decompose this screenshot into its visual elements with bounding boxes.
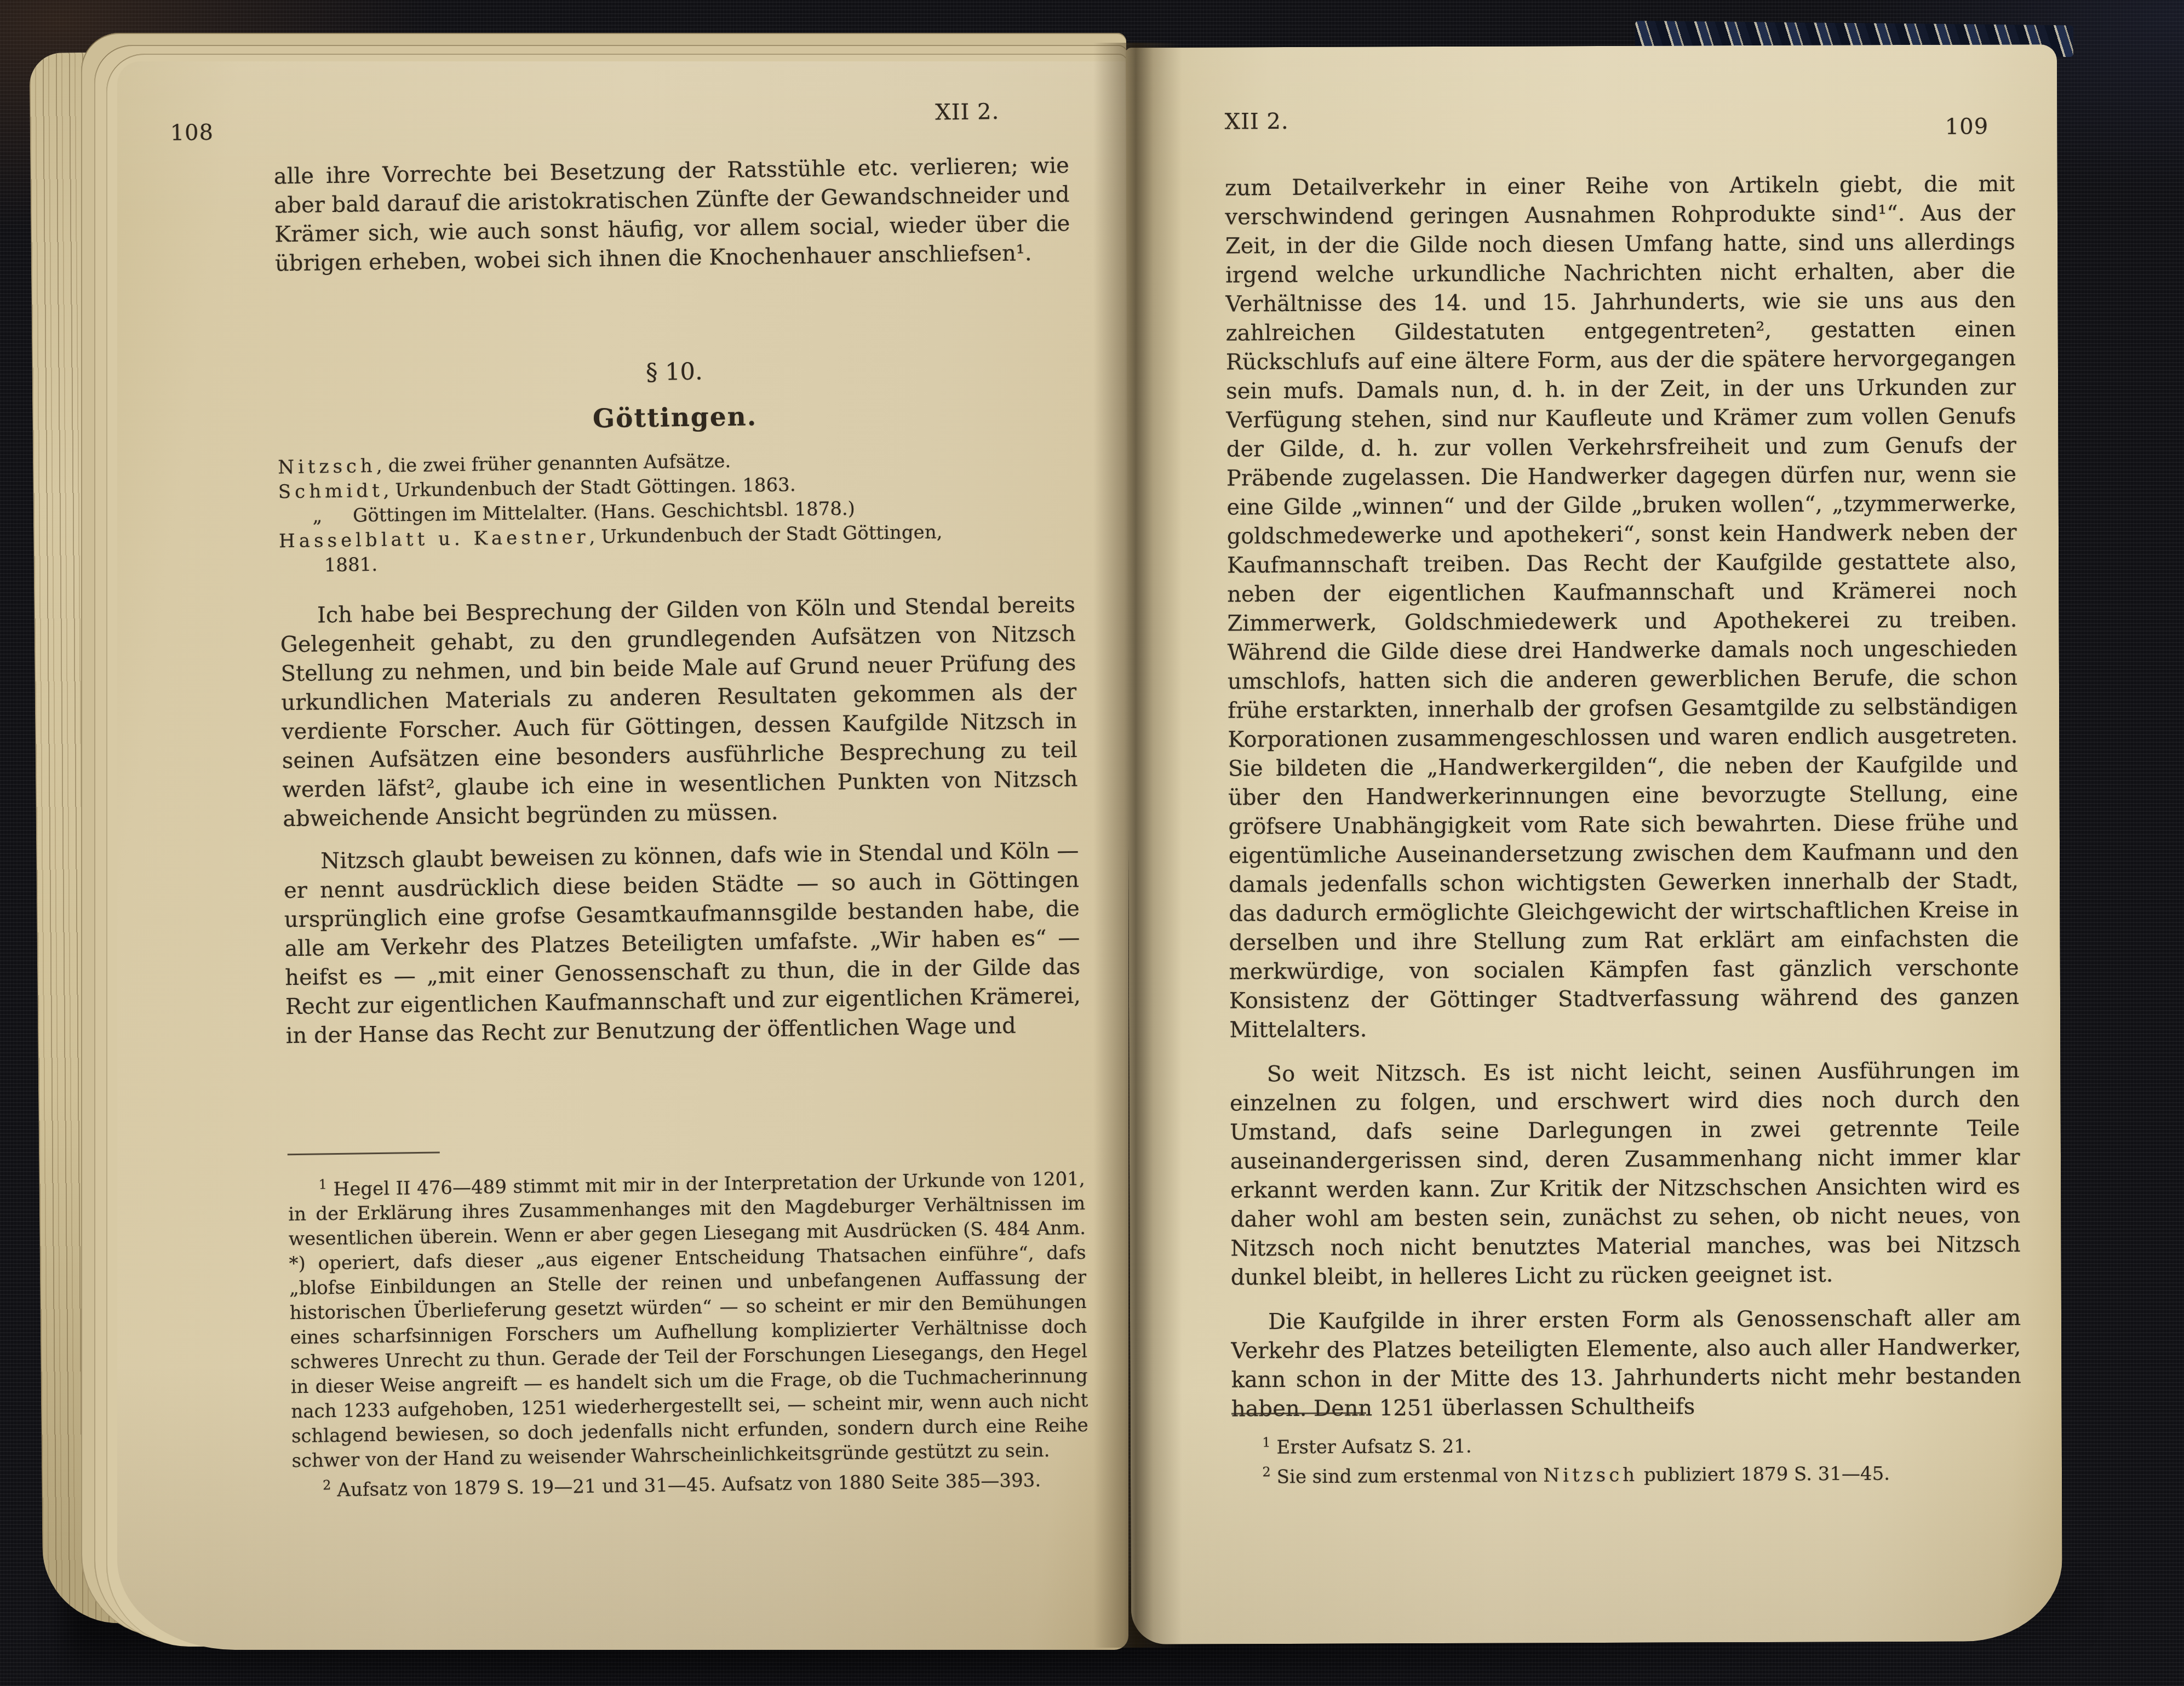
footnote-text: Erster Aufsatz S. 21. xyxy=(1276,1436,1471,1459)
body-paragraph: Die Kaufgilde in ihrer ersten Form als G… xyxy=(1231,1304,2021,1424)
footnote-marker: 2 xyxy=(323,1478,331,1493)
footnote-marker: 2 xyxy=(1262,1464,1270,1479)
left-page-text-column: alle ihre Vorrechte bei Besetzung der Ra… xyxy=(274,151,1082,1051)
right-page: XII 2. 109 zum Detailverkehr in einer Re… xyxy=(1126,44,2062,1644)
bibliography: Nitzsch, die zwei früher genannten Aufsä… xyxy=(278,444,1075,578)
left-footnotes: 1 Hegel II 476—489 stimmt mit mir in der… xyxy=(288,1162,1089,1504)
body-paragraph: Ich habe bei Besprechung der Gilden von … xyxy=(280,590,1079,834)
page-number-left: 108 xyxy=(170,120,214,146)
footnote: 1 Hegel II 476—489 stimmt mit mir in der… xyxy=(288,1162,1089,1474)
entry-text: , Urkundenbuch der Stadt Göttingen, xyxy=(589,521,942,548)
book-photo: { "palette": { "background": "#101014", … xyxy=(0,0,2184,1686)
running-title-right: XII 2. xyxy=(1225,109,1289,135)
entry-text: , Urkundenbuch der Stadt Göttingen. 1863… xyxy=(383,474,795,502)
author-name: Nitzsch xyxy=(278,455,376,479)
footnote: 1 Erster Aufsatz S. 21. xyxy=(1231,1426,2021,1460)
footnote-separator xyxy=(288,1151,440,1155)
entry-text: 1881. xyxy=(324,553,377,578)
author-name: Schmidt xyxy=(278,480,383,503)
section-title: Göttingen. xyxy=(277,398,1073,438)
footnote: 2 Sie sind zum erstenmal von Nitzsch pub… xyxy=(1231,1456,2021,1490)
running-title-left: XII 2. xyxy=(935,99,1000,125)
section-number: § 10. xyxy=(277,352,1073,392)
footnote-text: Hegel II 476—489 stimmt mit mir in der I… xyxy=(288,1168,1088,1472)
author-name: Hasselblatt u. Kaestner xyxy=(279,526,589,552)
footnote-text: Sie sind zum erstenmal von xyxy=(1277,1465,1544,1488)
intro-paragraph: alle ihre Vorrechte bei Besetzung der Ra… xyxy=(274,151,1071,278)
left-page: 108 XII 2. alle ihre Vorrechte bei Beset… xyxy=(117,61,1128,1650)
footnote-name: Nitzsch xyxy=(1543,1464,1638,1487)
footnote-marker: 1 xyxy=(318,1177,327,1192)
ditto-mark: „ xyxy=(312,504,322,529)
footnote-text: publiziert 1879 S. 31—45. xyxy=(1638,1463,1890,1486)
footnote-text: Aufsatz von 1879 S. 19—21 und 31—45. Auf… xyxy=(337,1470,1041,1501)
body-paragraph: So weit Nitzsch. Es ist nicht leicht, se… xyxy=(1230,1056,2021,1293)
right-footnotes: 1 Erster Aufsatz S. 21. 2 Sie sind zum e… xyxy=(1231,1426,2022,1490)
page-number-right: 109 xyxy=(1945,114,1989,139)
body-paragraph: Nitzsch glaubt beweisen zu können, dafs … xyxy=(283,836,1081,1051)
gutter-shadow xyxy=(1086,43,1182,1648)
body-paragraph: zum Detailverkehr in einer Reihe von Art… xyxy=(1225,170,2019,1045)
footnote-marker: 1 xyxy=(1262,1435,1270,1450)
entry-text: , die zwei früher genannten Aufsätze. xyxy=(376,450,731,477)
right-page-text-column: zum Detailverkehr in einer Reihe von Art… xyxy=(1225,170,2021,1424)
